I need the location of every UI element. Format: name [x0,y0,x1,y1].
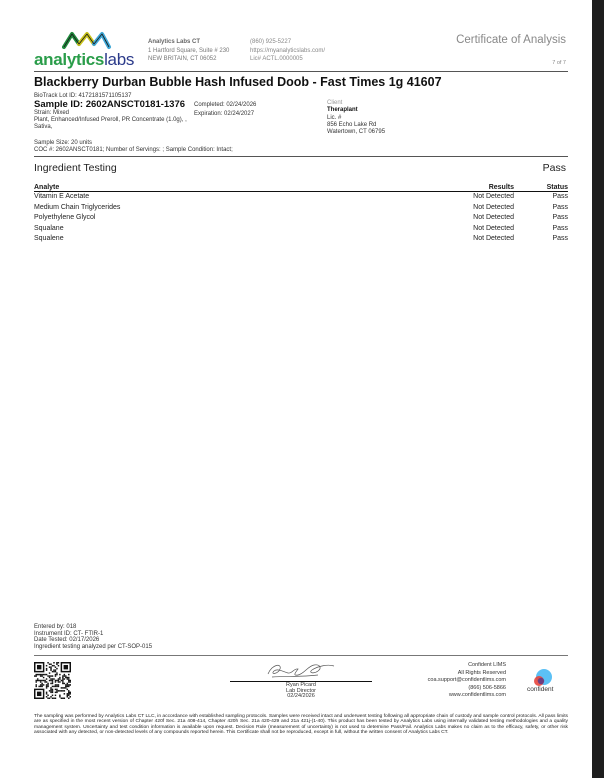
viewer-edge [592,0,604,778]
lab-contact: (860) 925-5227 https://myanalyticslabs.c… [250,38,325,64]
lab-address: Analytics Labs CT 1 Hartford Square, Sui… [148,38,229,64]
sample-id: Sample ID: 2602ANSCT0181-1376 [34,99,185,110]
status-cell: Pass [514,224,568,235]
qr-code[interactable] [34,662,71,699]
table-row: SqualaneNot DetectedPass [34,224,568,235]
signer-block: Ryan Picard Lab Director 02/24/2026 [230,683,372,700]
section-title-ingredient-testing: Ingredient Testing [34,162,117,174]
confident-logo-text: confident [527,686,553,693]
table-row: SqualeneNot DetectedPass [34,234,568,245]
date-tested: Date Tested: 02/17/2026 [34,637,152,644]
client-address-1: 856 Echo Lake Rd [327,122,385,129]
table-row: Vitamin E AcetateNot DetectedPass [34,192,568,203]
mountain-logo-icon [62,30,112,50]
product-divider [34,156,568,157]
result-cell: Not Detected [394,213,514,224]
lims-phone: (866) 506-5866 [428,685,506,693]
column-header-results: Results [394,183,514,191]
table-header: Analyte Results Status [34,183,568,192]
expiration-date: Expiration: 02/24/2027 [194,110,256,119]
lims-name: Confident LIMS [428,662,506,670]
page-number: 7 of 7 [552,60,566,66]
instrument-id: Instrument ID: CT- FTIR-1 [34,631,152,638]
entered-by: Entered by: 018 [34,624,152,631]
result-cell: Not Detected [394,234,514,245]
lab-address-line-2: NEW BRITAIN, CT 06052 [148,55,229,64]
logo-wordmark: analyticslabs [34,50,134,70]
lims-email-link[interactable]: coa.support@confidentlims.com [428,677,506,685]
coc-info: COC #: 2602ANSCT0181; Number of Servings… [34,147,233,154]
sample-size-info: Sample Size: 20 units COC #: 2602ANSCT01… [34,140,233,154]
client-name: Theraplant [327,107,385,114]
disclaimer: The sampling was performed by Analytics … [34,714,568,736]
lab-website-link[interactable]: https://myanalyticslabs.com/ [250,47,325,56]
section-status: Pass [543,162,566,174]
lims-rights: All Rights Reserved [428,670,506,678]
result-cell: Not Detected [394,224,514,235]
client-address-2: Watertown, CT 06795 [327,129,385,136]
test-metadata: Entered by: 018 Instrument ID: CT- FTIR-… [34,624,152,650]
test-method: Ingredient testing analyzed per CT-SOP-0… [34,644,152,651]
footer-divider [34,655,568,656]
client-info: Client Theraplant Lic. # 856 Echo Lake R… [327,100,385,136]
analyte-cell: Squalene [34,234,394,245]
product-title: Blackberry Durban Bubble Hash Infused Do… [34,75,442,89]
lims-info: Confident LIMS All Rights Reserved coa.s… [428,662,506,700]
signer-date: 02/24/2026 [230,694,372,700]
lab-address-line-1: 1 Hartford Square, Suite # 230 [148,47,229,56]
analyte-cell: Polyethylene Glycol [34,213,394,224]
sample-details: Strain: Mixed Plant, Enhanced/Infused Pr… [34,110,204,131]
lab-license: Lic# ACTL.0000005 [250,55,325,64]
coa-page: analyticslabs Analytics Labs CT 1 Hartfo… [0,0,592,778]
confident-logo-icon [525,668,565,698]
analyte-cell: Squalane [34,224,394,235]
result-cell: Not Detected [394,192,514,203]
client-license: Lic. # [327,115,385,122]
status-cell: Pass [514,234,568,245]
table-row: Polyethylene GlycolNot DetectedPass [34,213,568,224]
product-category: Plant, Enhanced/Infused Preroll, PR Conc… [34,117,204,131]
sample-size: Sample Size: 20 units [34,140,233,147]
lab-name: Analytics Labs CT [148,38,229,47]
column-header-analyte: Analyte [34,183,394,191]
ingredient-table: Analyte Results Status Vitamin E Acetate… [34,183,568,245]
strain: Strain: Mixed [34,110,204,117]
lims-website-link[interactable]: www.confidentlims.com [428,692,506,700]
column-header-status: Status [514,183,568,191]
header-divider [34,71,568,72]
signature-image [262,660,342,682]
analyte-cell: Vitamin E Acetate [34,192,394,203]
result-cell: Not Detected [394,203,514,214]
status-cell: Pass [514,192,568,203]
status-cell: Pass [514,213,568,224]
status-cell: Pass [514,203,568,214]
sample-dates: Completed: 02/24/2026 Expiration: 02/24/… [194,101,256,118]
analytics-labs-logo: analyticslabs [34,30,139,70]
completed-date: Completed: 02/24/2026 [194,101,256,110]
document-title: Certificate of Analysis [456,34,566,46]
analyte-cell: Medium Chain Triglycerides [34,203,394,214]
client-label: Client [327,100,385,107]
lab-phone: (860) 925-5227 [250,38,325,47]
table-row: Medium Chain TriglyceridesNot DetectedPa… [34,203,568,214]
